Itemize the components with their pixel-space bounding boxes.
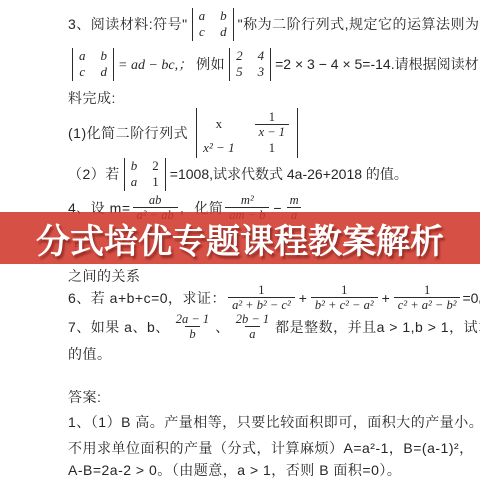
problem-3-line-3: 料完成:	[68, 88, 116, 108]
fraction-numerator: 1	[420, 283, 434, 297]
fraction-numerator: 2a − 1	[172, 312, 213, 326]
det-cell: c	[199, 25, 205, 40]
answer-1-text: 1、（1）B 高。产量相等，只要比较面积即可，面积大的产量小。	[68, 412, 480, 432]
fraction-numerator: 2b − 1	[232, 312, 273, 326]
det-cell: d	[101, 65, 108, 80]
det-cell: x² − 1	[203, 141, 234, 156]
banner-title: 分式培优专题课程教案解析	[36, 214, 444, 263]
red-title-banner: 分式培优专题课程教案解析	[0, 212, 480, 264]
answer-2-text: 不用求单位面积的产量（分式，计算麻烦）A=a²-1，B=(a-1)²，	[68, 438, 474, 458]
det-cell: a	[131, 175, 138, 190]
determinant-part1: x 1 x − 1 x² − 1 1	[196, 108, 298, 158]
separator: 、	[215, 317, 230, 337]
determinant-part2: b 2 a 1	[124, 158, 166, 191]
fraction-numerator: ab	[145, 193, 166, 207]
answer-line-2: 不用求单位面积的产量（分式，计算麻烦）A=a²-1，B=(a-1)²，	[68, 438, 474, 458]
fraction-denominator: a² + b² − c²	[228, 297, 295, 312]
det-cell: a	[199, 9, 206, 24]
answer-3-text: A-B=2a-2 > 0。（由题意，a > 1，否则 B 面积=0）。	[68, 460, 401, 480]
det-cell: x	[216, 117, 223, 132]
problem-7-cont: 的值。	[68, 344, 112, 364]
det-cell: b	[131, 159, 138, 174]
det-cell: b	[101, 49, 108, 64]
fraction: 1 x − 1	[255, 110, 289, 140]
det-cell: d	[220, 25, 227, 40]
answers-heading: 答案:	[68, 387, 101, 407]
det-cell: c	[79, 65, 85, 80]
rule-equation: = ad − bc,；	[118, 54, 192, 74]
det-cell: 1	[269, 141, 276, 156]
problem-3-part2: （2）若 b 2 a 1 =1008,试求代数式 4a-26+2018 的值。	[68, 158, 408, 191]
plus-operator: +	[299, 290, 307, 306]
problem-6-line: 6、若 a+b+c=0，求证： 1 a² + b² − c² + 1 b² + …	[68, 283, 480, 313]
fraction-numerator: m	[286, 193, 303, 207]
example-equation: =2 × 3 − 4 × 5=-14.请根据阅读材	[275, 54, 479, 74]
det-cell: 4	[258, 49, 265, 64]
problem-3-intro-text: 3、阅读材料:符号"	[68, 14, 188, 34]
answer-line-1: 1、（1）B 高。产量相等，只要比较面积即可，面积大的产量小。	[68, 412, 480, 432]
problem-7-intro: 7、如果 a、b、	[68, 317, 170, 337]
det-cell: 1	[152, 175, 159, 190]
det-cell: b	[220, 9, 227, 24]
part1-label: (1)化简二阶行列式	[68, 123, 188, 143]
problem-3-part1: (1)化简二阶行列式 x 1 x − 1 x² − 1 1	[68, 108, 302, 158]
fraction-numerator: 1	[254, 283, 268, 297]
problem-3-intro-text-cont: "称为二阶行列式,规定它的运算法则为	[238, 14, 480, 34]
part2-question: =1008,试求代数式 4a-26+2018 的值。	[170, 164, 408, 184]
problem-6-intro: 6、若 a+b+c=0，求证：	[68, 288, 226, 308]
det-cell: 2	[152, 159, 159, 174]
det-cell: a	[79, 49, 86, 64]
problem-6-conclusion: =0。	[462, 288, 480, 308]
determinant-symbol: a b c d	[192, 8, 234, 41]
answers-title: 答案:	[68, 387, 101, 407]
problem-7-line: 7、如果 a、b、 2a − 1 b 、 2b − 1 a 都是整数，并且a >…	[68, 312, 480, 342]
determinant-rule: a b c d	[72, 48, 114, 81]
wrap-text: 料完成:	[68, 88, 116, 108]
answer-line-3: A-B=2a-2 > 0。（由题意，a > 1，否则 B 面积=0）。	[68, 460, 401, 480]
fraction-denominator: c² + a² − b²	[394, 297, 461, 312]
det-cell: 2	[236, 49, 243, 64]
det-cell: 5	[236, 65, 243, 80]
example-label: 例如	[196, 54, 225, 74]
part2-label: （2）若	[68, 164, 120, 184]
problem-3-line-2: a b c d = ad − bc,； 例如 2 4 5 3 =2 × 3 − …	[68, 48, 479, 81]
determinant-example: 2 4 5 3	[229, 48, 271, 81]
fraction-denominator: x − 1	[255, 124, 289, 139]
fraction-numerator: 1	[265, 110, 279, 124]
plus-operator: +	[382, 290, 390, 306]
fraction-denominator: b² + c² − a²	[311, 297, 378, 312]
fraction: 2b − 1 a	[232, 312, 273, 342]
worksheet-page: 3、阅读材料:符号" a b c d "称为二阶行列式,规定它的运算法则为 a …	[0, 0, 480, 480]
problem-7-cont-text: 的值。	[68, 344, 112, 364]
fraction-denominator: a	[245, 326, 259, 341]
fraction: 1 c² + a² − b²	[394, 283, 461, 313]
det-cell: 3	[258, 65, 265, 80]
fraction-numerator: 1	[337, 283, 351, 297]
fraction-numerator: m²	[237, 193, 258, 207]
fraction: 1 a² + b² − c²	[228, 283, 295, 313]
fraction: 1 b² + c² − a²	[311, 283, 378, 313]
fraction-denominator: b	[185, 326, 199, 341]
problem-3-line-1: 3、阅读材料:符号" a b c d "称为二阶行列式,规定它的运算法则为	[68, 8, 480, 41]
problem-7-condition: 都是整数，并且a > 1,b > 1，试求 a+2b	[275, 317, 480, 337]
fraction: 2a − 1 b	[172, 312, 213, 342]
